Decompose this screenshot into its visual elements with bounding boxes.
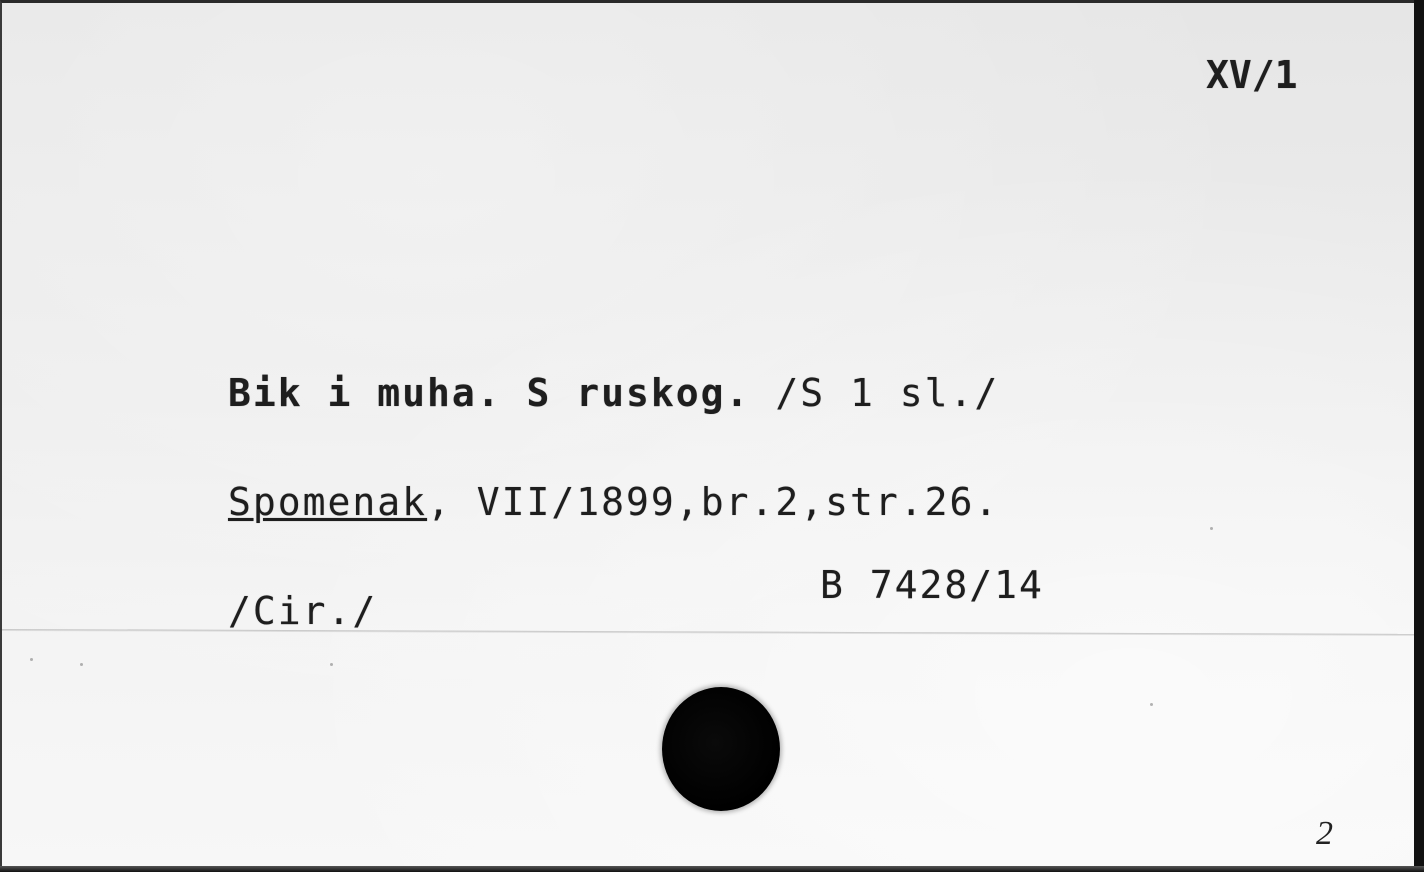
entry-line-2: Spomenak, VII/1899,br.2,str.26. — [228, 484, 999, 521]
bibliographic-entry: Bik i muha. S ruskog. /S 1 sl./ Spomenak… — [228, 303, 999, 702]
paper-speck — [1210, 527, 1213, 530]
punch-hole — [662, 687, 780, 811]
paper-speck — [330, 663, 333, 666]
entry-line-1: Bik i muha. S ruskog. /S 1 sl./ — [228, 375, 999, 412]
entry-illustration-note: /S 1 sl./ — [750, 371, 999, 415]
call-number: B 7428/14 — [820, 563, 1044, 607]
entry-source-details: , VII/1899,br.2,str.26. — [427, 480, 999, 524]
shelfmark: XV/1 — [1206, 53, 1298, 97]
paper-speck — [80, 663, 83, 666]
paper-speck — [1150, 703, 1153, 706]
entry-script-note: /Cir./ — [228, 589, 377, 633]
entry-source-journal: Spomenak — [228, 480, 427, 524]
scan-border-bottom — [0, 866, 1424, 872]
catalog-card: XV/1 Bik i muha. S ruskog. /S 1 sl./ Spo… — [0, 0, 1416, 869]
handwritten-page-number: 2 — [1316, 815, 1333, 853]
paper-speck — [30, 658, 33, 661]
scan-border-right — [1414, 0, 1424, 872]
entry-title: Bik i muha. S ruskog. — [228, 371, 750, 415]
